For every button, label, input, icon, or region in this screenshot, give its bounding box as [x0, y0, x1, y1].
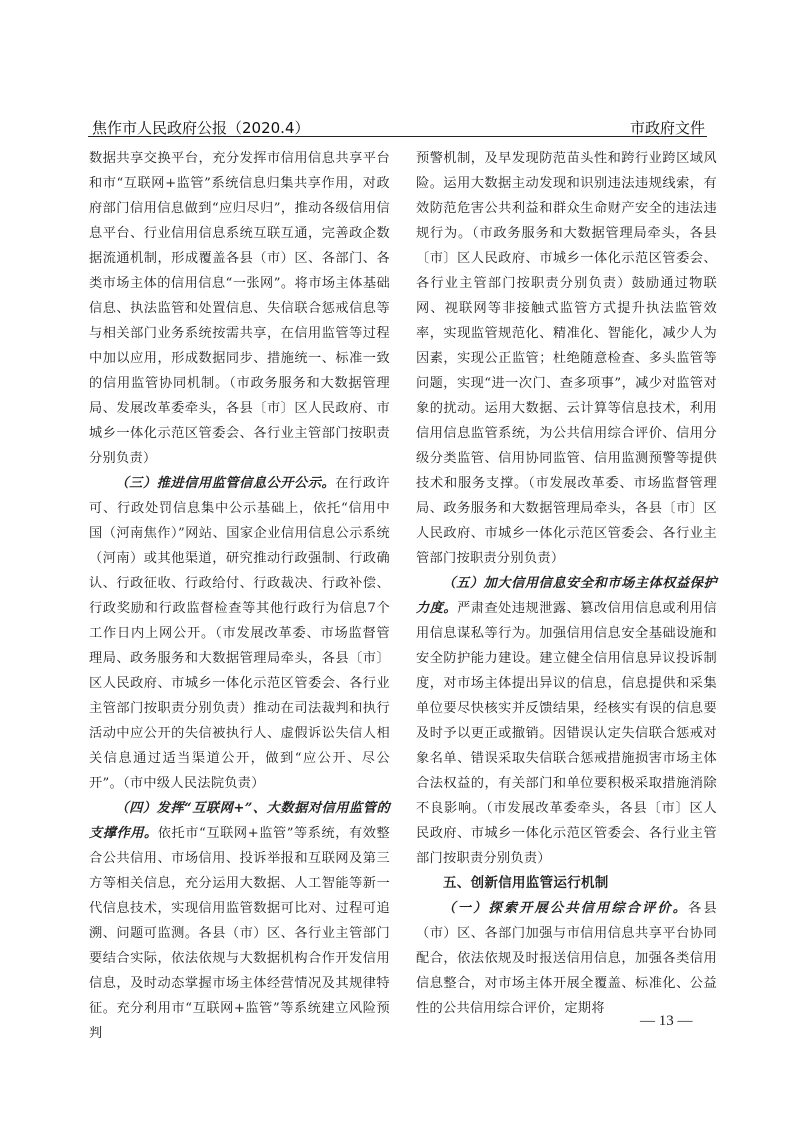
paragraph-body: 依托市“互联网+监管”等系统，有效整合公共信用、市场信用、投诉举报和互联网及第三… [89, 826, 390, 1041]
subsection-title: （一）探索开展公共信用综合评价。 [442, 901, 688, 916]
section-heading: 五、创新信用监管运行机制 [416, 871, 717, 896]
right-column: 预警机制，及早发现防范苗头性和跨行业跨区域风险。运用大数据主动发现和识别违法违规… [416, 146, 717, 1021]
paragraph: （四）发挥“互联网+”、大数据对信用监管的支撑作用。依托市“互联网+监管”等系统… [89, 796, 390, 1046]
paragraph: 数据共享交换平台，充分发挥市信用信息共享平台和市“互联网+监管”系统信息归集共享… [89, 146, 390, 471]
paragraph: （五）加大信用信息安全和市场主体权益保护力度。严肃查处违规泄露、篡改信用信息或利… [416, 571, 717, 871]
header-divider [88, 136, 707, 137]
publication-title: 焦作市人民政府公报（2020.4） [92, 117, 310, 138]
paragraph-body: 在行政许可、行政处罚信息集中公示基础上，依托“信用中国（河南焦作）”网站、国家企… [89, 476, 390, 791]
subsection-title: （三）推进信用监管信息公开公示。 [115, 476, 335, 491]
paragraph: 预警机制，及早发现防范苗头性和跨行业跨区域风险。运用大数据主动发现和识别违法违规… [416, 146, 717, 571]
paragraph-body: 严肃查处违规泄露、篡改信用信息或利用信用信息谋私等行为。加强信用信息安全基础设施… [416, 601, 717, 866]
left-column: 数据共享交换平台，充分发挥市信用信息共享平台和市“互联网+监管”系统信息归集共享… [89, 146, 390, 1046]
paragraph-body: 各县（市）区、各部门加强与市信用信息共享平台协同配合，依法依规及时报送信用信息，… [416, 901, 717, 1016]
page-header: 焦作市人民政府公报（2020.4） 市政府文件 [92, 110, 705, 142]
paragraph: （三）推进信用监管信息公开公示。在行政许可、行政处罚信息集中公示基础上，依托“信… [89, 471, 390, 796]
paragraph: （一）探索开展公共信用综合评价。各县（市）区、各部门加强与市信用信息共享平台协同… [416, 896, 717, 1021]
section-label: 市政府文件 [630, 117, 705, 138]
page-number: — 13 — [640, 1013, 693, 1030]
